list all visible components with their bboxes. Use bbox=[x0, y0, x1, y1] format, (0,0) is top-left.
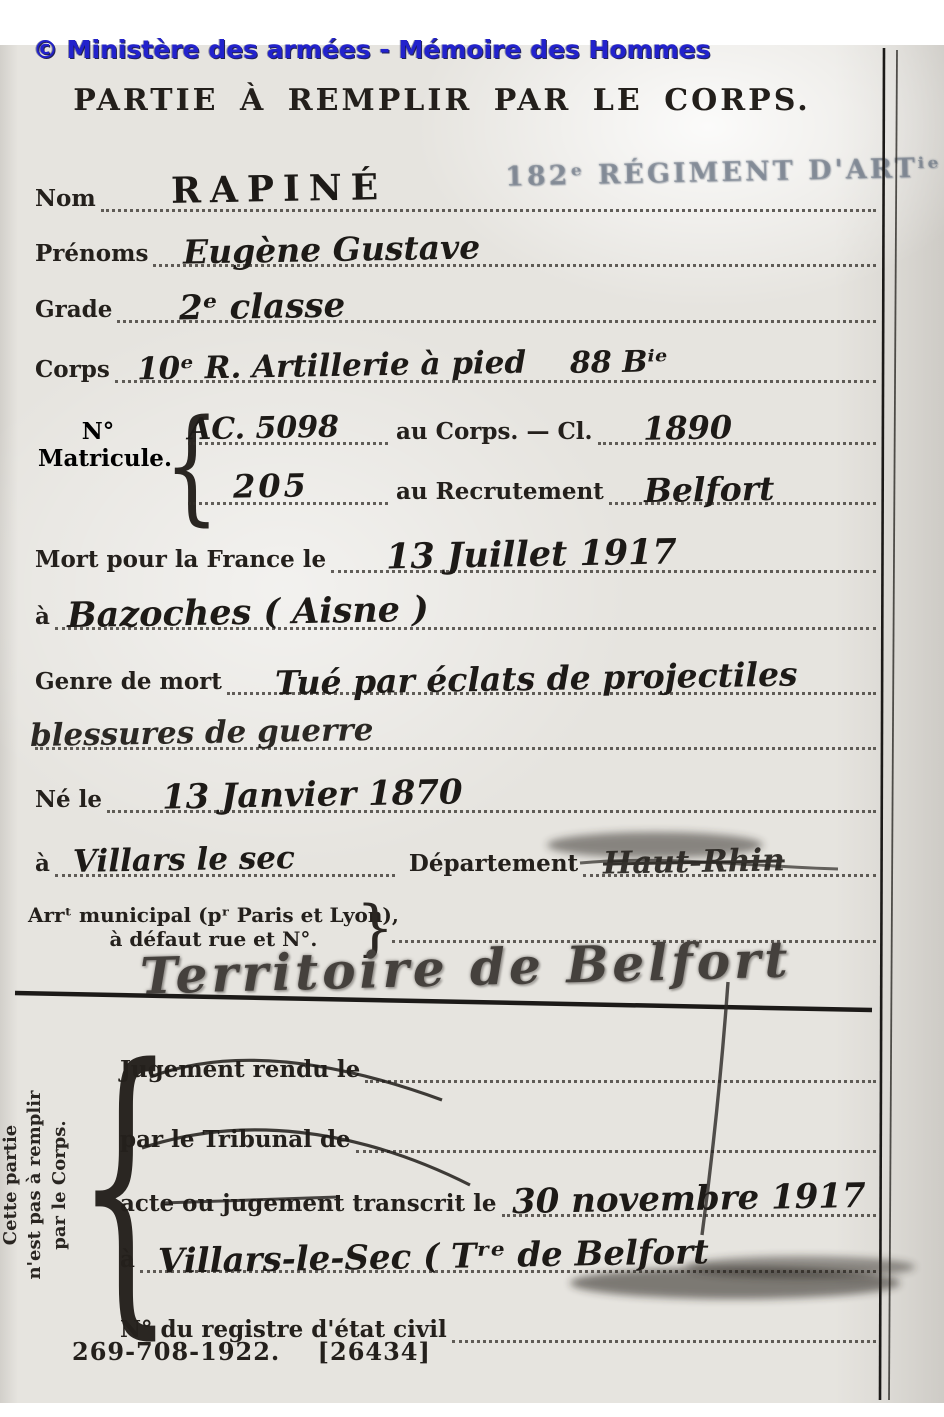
mort-le-value: 13 Juillet 1917 bbox=[386, 534, 677, 574]
imprint-number: 269-708-1922. bbox=[72, 1337, 280, 1366]
matricule-label-no: N° bbox=[38, 418, 158, 445]
sidebar-line2: n'est pas à remplir bbox=[23, 1035, 47, 1335]
mort-a-value: Bazoches ( Aisne ) bbox=[67, 592, 429, 633]
matricule-recrutement-line: 205 bbox=[188, 460, 388, 505]
grade-value: 2ᵉ classe bbox=[179, 289, 346, 326]
corps-label: Corps bbox=[35, 358, 110, 383]
imprint-footer: 269-708-1922. [26434] bbox=[72, 1337, 459, 1366]
tribunal-label: par le Tribunal de bbox=[120, 1128, 351, 1153]
field-mort-a: à Bazoches ( Aisne ) bbox=[35, 588, 876, 630]
field-ne-a: à Villars le sec Département Haut-Rhin bbox=[35, 835, 876, 877]
form-title: PARTIE À REMPLIR PAR LE CORPS. bbox=[60, 83, 824, 118]
departement-label: Département bbox=[409, 852, 578, 877]
departement-value: Haut-Rhin bbox=[603, 845, 785, 879]
field-jugement: Jugement rendu le bbox=[120, 1041, 876, 1083]
recrutement-place-value: Belfort bbox=[644, 472, 775, 507]
ne-a-label: à bbox=[35, 852, 50, 877]
ne-a-value: Villars le sec bbox=[73, 843, 295, 878]
genre-mort-label: Genre de mort bbox=[35, 670, 222, 695]
corps-value: 10ᵉ R. Artillerie à pied bbox=[137, 348, 527, 386]
mort-a-line: Bazoches ( Aisne ) bbox=[55, 585, 876, 630]
transcrit-a-line: Villars-le-Sec ( Tʳᵉ de Belfort bbox=[140, 1228, 876, 1273]
field-corps: Corps 10ᵉ R. Artillerie à pied 88 Bⁱᵉ bbox=[35, 341, 876, 383]
page-fold-line-1 bbox=[880, 48, 884, 1400]
copyright-watermark: © Ministère des armées - Mémoire des Hom… bbox=[33, 35, 711, 64]
grade-label: Grade bbox=[35, 298, 112, 323]
classe-value: 1890 bbox=[642, 411, 732, 445]
prenoms-value: Eugène Gustave bbox=[183, 230, 481, 268]
field-nom: Nom RAPINÉ bbox=[35, 170, 876, 212]
genre-mort-value: Tué par éclats de projectiles bbox=[275, 657, 798, 699]
au-corps-label: au Corps. — Cl. bbox=[396, 420, 593, 445]
transcrit-a-label: à bbox=[120, 1248, 135, 1273]
ne-le-label: Né le bbox=[35, 788, 102, 813]
transcrit-a-value: Villars-le-Sec ( Tʳᵉ de Belfort bbox=[158, 1235, 709, 1279]
matricule-recrutement-number: 205 bbox=[233, 469, 309, 502]
field-tribunal: par le Tribunal de bbox=[120, 1111, 876, 1153]
field-mort-le: Mort pour la France le 13 Juillet 1917 bbox=[35, 531, 876, 573]
jugement-line bbox=[365, 1038, 876, 1083]
grade-line: 2ᵉ classe bbox=[117, 278, 876, 323]
au-recrutement-label: au Recrutement bbox=[396, 480, 604, 505]
field-genre-mort-2: blessures de guerre bbox=[35, 708, 876, 750]
imprint-bracket: [26434] bbox=[318, 1337, 431, 1366]
matricule-label-word: Matricule. bbox=[38, 445, 158, 472]
prenoms-line: Eugène Gustave bbox=[153, 222, 876, 267]
matricule-corps-line: AC. 5098 bbox=[188, 400, 388, 445]
scanned-paper: © Ministère des armées - Mémoire des Hom… bbox=[0, 45, 944, 1403]
corps-line: 10ᵉ R. Artillerie à pied 88 Bⁱᵉ bbox=[115, 338, 876, 383]
transcrit-line: 30 novembre 1917 bbox=[502, 1172, 876, 1217]
ne-le-value: 13 Janvier 1870 bbox=[162, 775, 463, 814]
transcrit-value: 30 novembre 1917 bbox=[511, 1179, 865, 1219]
field-ne-le: Né le 13 Janvier 1870 bbox=[35, 771, 876, 813]
field-matricule-corps: AC. 5098 au Corps. — Cl. 1890 bbox=[188, 403, 876, 445]
mort-le-line: 13 Juillet 1917 bbox=[331, 528, 876, 573]
genre-mort-line: Tué par éclats de projectiles bbox=[227, 650, 876, 695]
field-transcrit-a: à Villars-le-Sec ( Tʳᵉ de Belfort bbox=[120, 1231, 876, 1273]
field-prenoms: Prénoms Eugène Gustave bbox=[35, 225, 876, 267]
field-grade: Grade 2ᵉ classe bbox=[35, 281, 876, 323]
sidebar-line1: Cette partie bbox=[0, 1035, 23, 1335]
page-fold-line-2 bbox=[889, 50, 897, 1400]
field-genre-mort: Genre de mort Tué par éclats de projecti… bbox=[35, 653, 876, 695]
genre-mort-line2: blessures de guerre bbox=[35, 705, 876, 750]
document-scan-page: © Ministère des armées - Mémoire des Hom… bbox=[0, 0, 944, 1417]
arr-municipal-label1: Arrᵗ municipal (pʳ Paris et Lyon), bbox=[28, 903, 399, 927]
nom-label: Nom bbox=[35, 187, 96, 212]
genre-mort-value2: blessures de guerre bbox=[30, 715, 374, 752]
nom-line: RAPINÉ bbox=[101, 167, 876, 212]
field-matricule-recrutement: 205 au Recrutement Belfort bbox=[188, 463, 876, 505]
tribunal-line bbox=[356, 1108, 876, 1153]
ne-a-line: Villars le sec bbox=[55, 832, 395, 877]
sidebar-line3: par le Corps. bbox=[48, 1035, 72, 1335]
field-transcrit: acte ou jugement transcrit le 30 novembr… bbox=[120, 1175, 876, 1217]
jugement-label: Jugement rendu le bbox=[120, 1058, 360, 1083]
ne-le-line: 13 Janvier 1870 bbox=[107, 768, 876, 813]
mort-a-label: à bbox=[35, 605, 50, 630]
transcrit-label: acte ou jugement transcrit le bbox=[120, 1192, 497, 1217]
mort-le-label: Mort pour la France le bbox=[35, 548, 326, 573]
recrutement-place-line: Belfort bbox=[609, 460, 876, 505]
corps-value2: 88 Bⁱᵉ bbox=[570, 347, 669, 379]
matricule-label-block: N° Matricule. bbox=[38, 418, 158, 472]
nom-value: RAPINÉ bbox=[170, 169, 387, 209]
matricule-corps-number: AC. 5098 bbox=[188, 413, 340, 446]
classe-line: 1890 bbox=[598, 400, 877, 445]
prenoms-label: Prénoms bbox=[35, 242, 148, 267]
registre-line bbox=[452, 1298, 876, 1343]
departement-line: Haut-Rhin bbox=[583, 832, 876, 877]
